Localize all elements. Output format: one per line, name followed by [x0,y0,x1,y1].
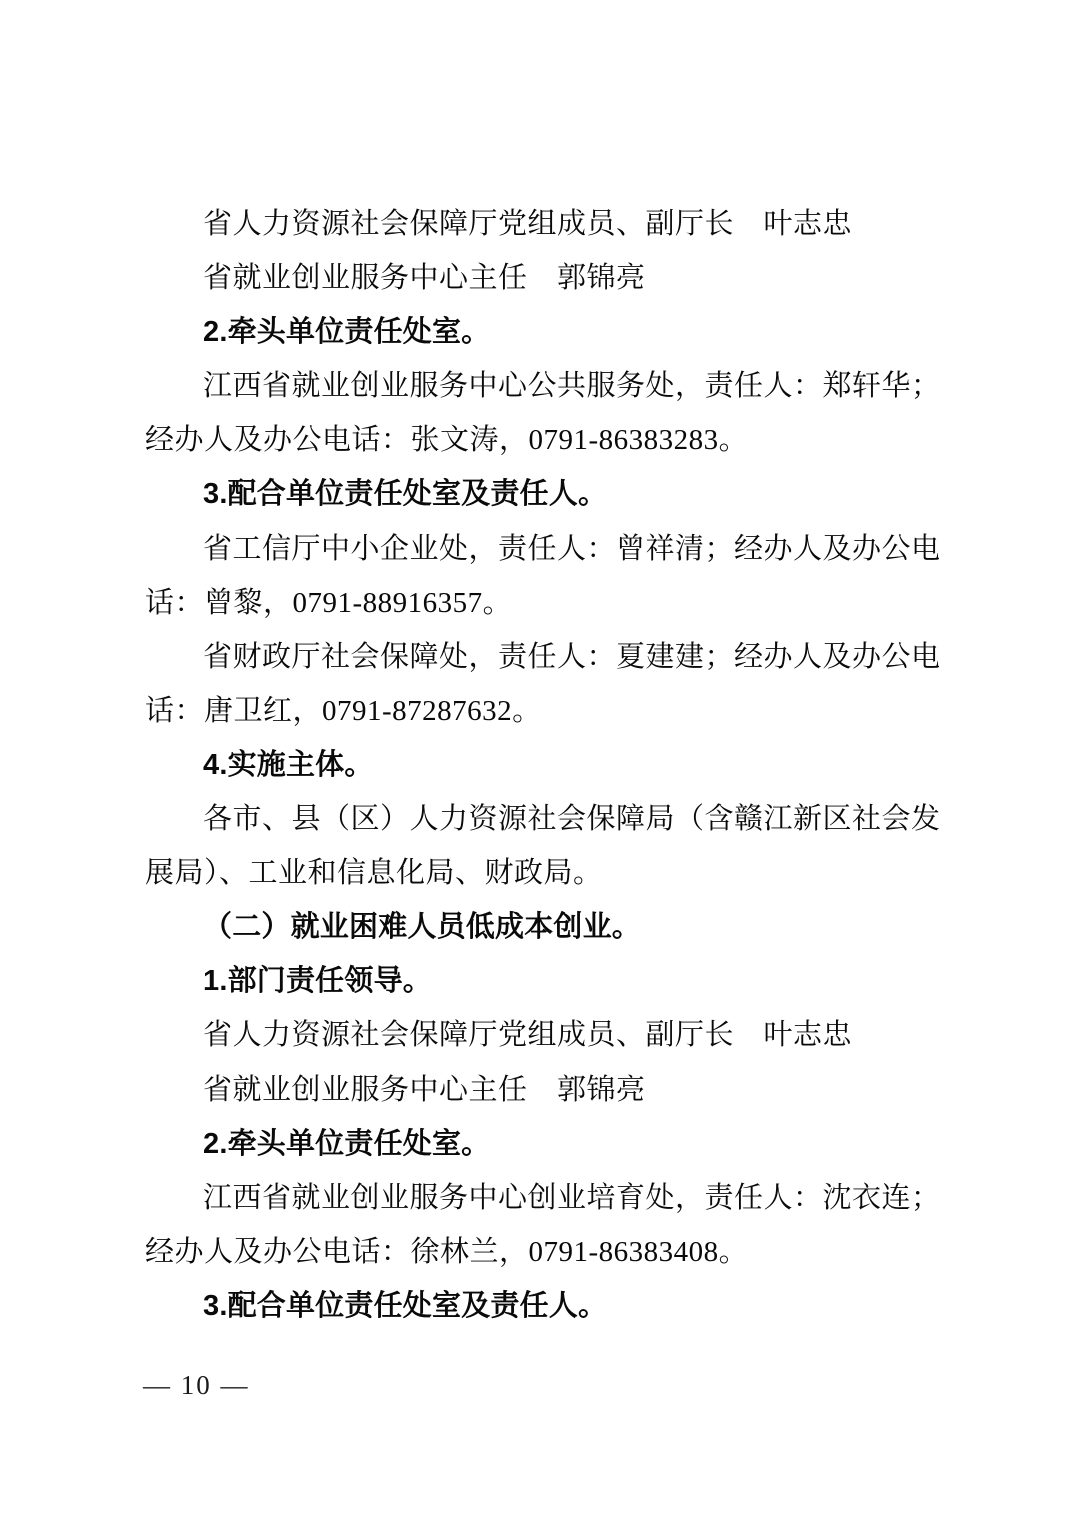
document-body: 省人力资源社会保障厅党组成员、副厅长 叶志忠 省就业创业服务中心主任 郭锦亮 2… [145,197,945,1333]
paragraph-line: 各市、县（区）人力资源社会保障局（含赣江新区社会发 [145,792,945,846]
paragraph-line: 省财政厅社会保障处，责任人：夏建建；经办人及办公电 [145,630,945,684]
document-page: 省人力资源社会保障厅党组成员、副厅长 叶志忠 省就业创业服务中心主任 郭锦亮 2… [0,0,1075,1520]
paragraph-line: 省就业创业服务中心主任 郭锦亮 [145,251,945,305]
paragraph-line: 江西省就业创业服务中心创业培育处，责任人：沈衣连； [145,1171,945,1225]
paragraph-line: 省就业创业服务中心主任 郭锦亮 [145,1063,945,1117]
paragraph-line: 经办人及办公电话：徐林兰，0791-86383408。 [145,1225,945,1279]
paragraph-line: 经办人及办公电话：张文涛，0791-86383283。 [145,413,945,467]
section-heading: （二）就业困难人员低成本创业。 [145,900,945,954]
section-heading: 1.部门责任领导。 [145,954,945,1008]
paragraph-line: 话：曾黎，0791-88916357。 [145,576,945,630]
paragraph-line: 展局）、工业和信息化局、财政局。 [145,846,945,900]
section-heading: 3.配合单位责任处室及责任人。 [145,467,945,521]
section-heading: 4.实施主体。 [145,738,945,792]
page-number: — 10 — [143,1372,250,1399]
paragraph-line: 省人力资源社会保障厅党组成员、副厅长 叶志忠 [145,197,945,251]
section-heading: 2.牵头单位责任处室。 [145,1117,945,1171]
paragraph-line: 省工信厅中小企业处，责任人：曾祥清；经办人及办公电 [145,522,945,576]
paragraph-line: 省人力资源社会保障厅党组成员、副厅长 叶志忠 [145,1008,945,1062]
paragraph-line: 话：唐卫红，0791-87287632。 [145,684,945,738]
paragraph-line: 江西省就业创业服务中心公共服务处，责任人：郑轩华； [145,359,945,413]
section-heading: 3.配合单位责任处室及责任人。 [145,1279,945,1333]
section-heading: 2.牵头单位责任处室。 [145,305,945,359]
